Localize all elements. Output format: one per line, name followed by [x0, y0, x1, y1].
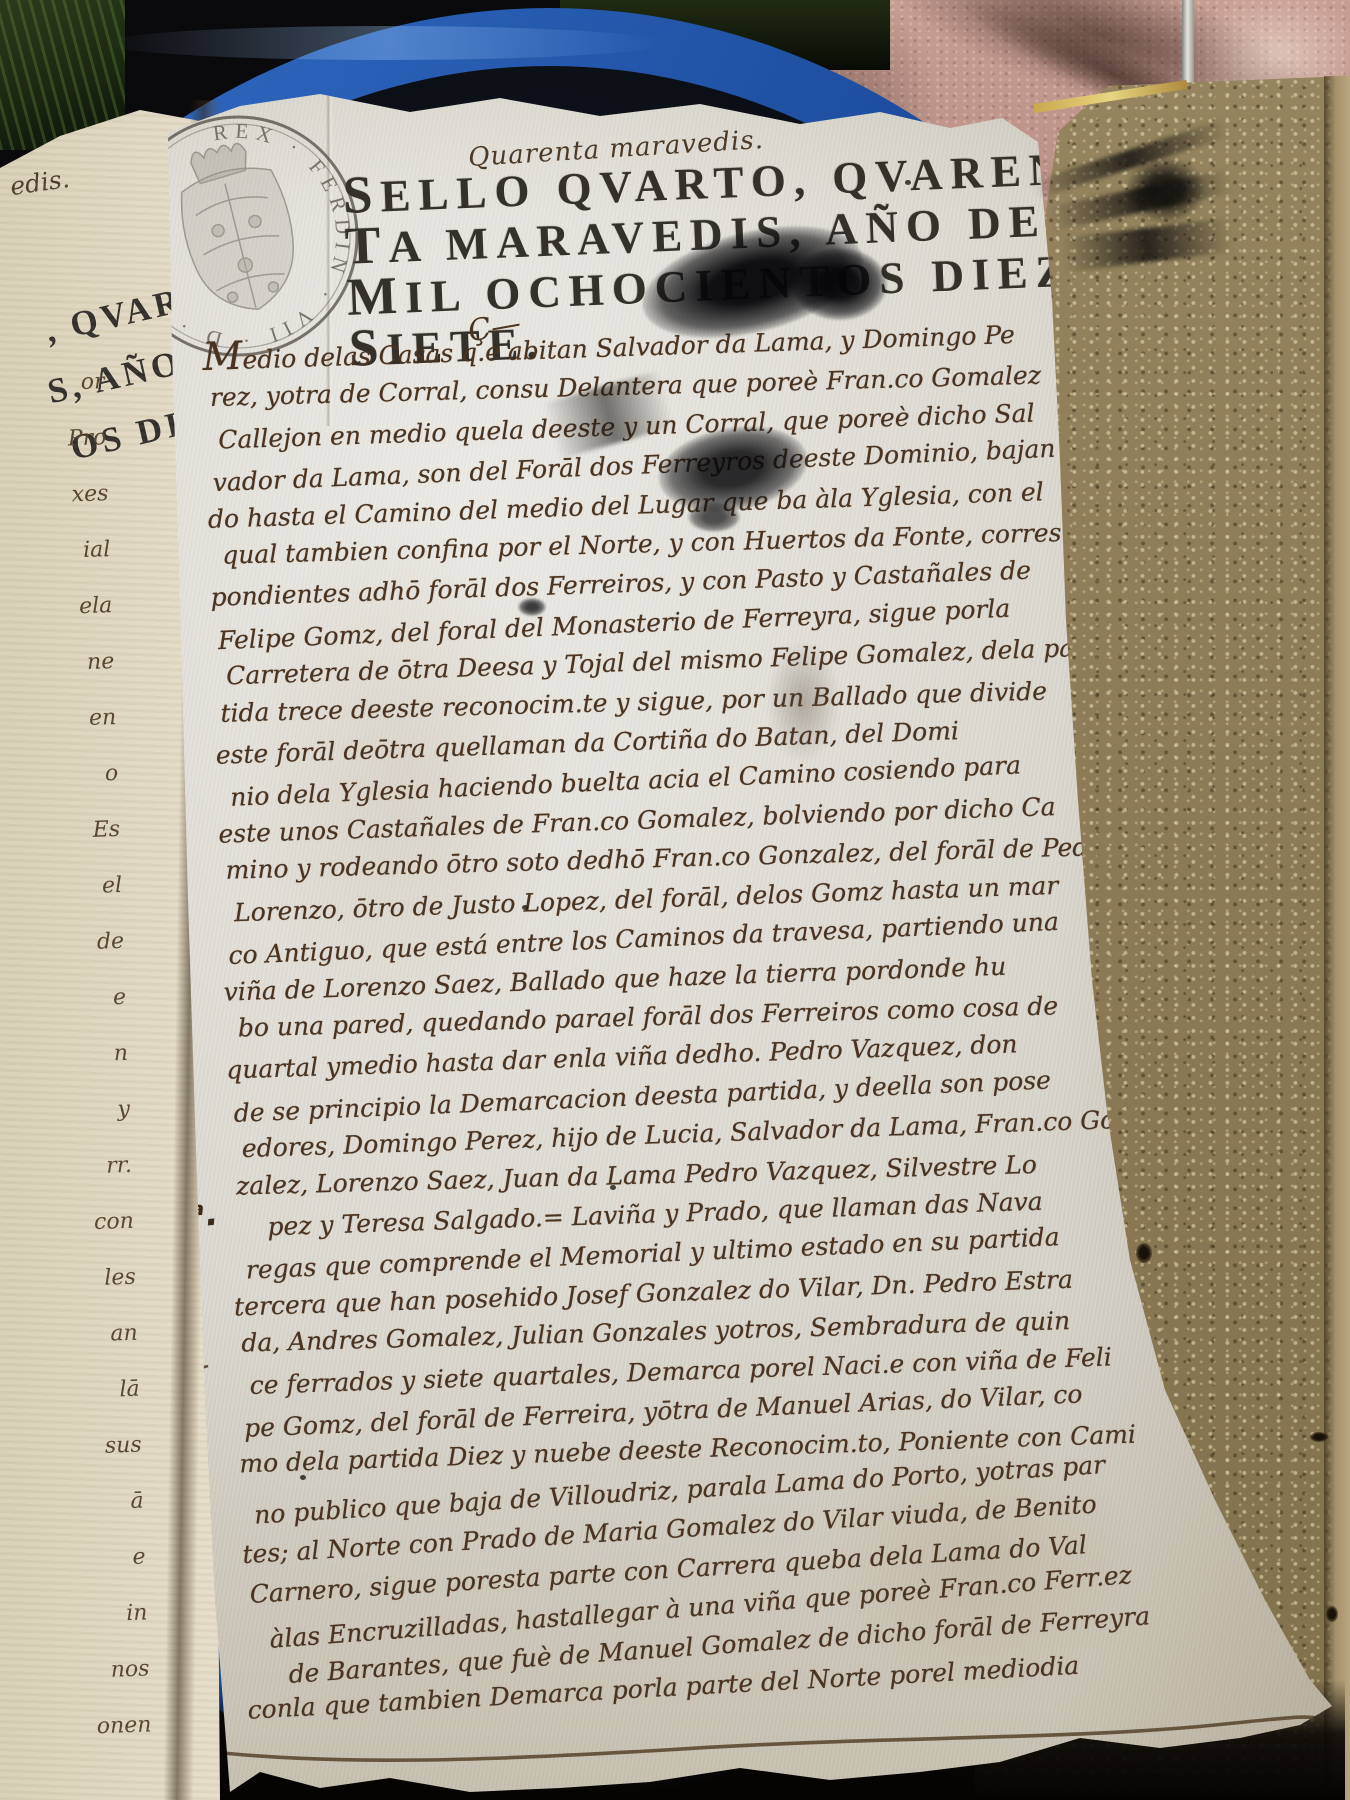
handwriting-fragment: in: [19, 1585, 149, 1645]
handwriting-fragment: lā: [11, 1362, 141, 1422]
handwriting-fragment: Pro: [0, 410, 107, 470]
ink-smudge: [766, 640, 840, 764]
handwriting-fragment: ial: [0, 522, 111, 582]
handwriting-fragment: nos: [21, 1641, 151, 1701]
left-page-stamp-fragment: edis.: [8, 164, 71, 201]
board-hole: [1136, 1243, 1152, 1263]
handwriting-fragment: en: [0, 690, 117, 750]
handwriting-fragment: ā: [15, 1474, 145, 1534]
handwriting-fragment: ne: [0, 634, 115, 694]
handwriting-fragment: sus: [13, 1418, 143, 1478]
ink-blot: [792, 248, 887, 320]
board-bevel-edge: [1324, 76, 1350, 1800]
handwriting-fragment: onen: [23, 1697, 153, 1757]
handwriting-fragment: xes: [0, 466, 109, 526]
handwriting-fragment: rr.: [3, 1138, 133, 1198]
manuscript-body-text: Medio delas Casas q.e abitan Salvador da…: [202, 308, 1153, 1720]
handwriting-fragment: e: [0, 970, 127, 1030]
handwriting-fragment: o: [0, 746, 119, 806]
coat-of-arms: [166, 134, 309, 322]
left-page-handwriting-fragments: orProxesialelaneenoEseldeenyrr.conlesanl…: [0, 354, 152, 1758]
handwriting-fragment: ela: [0, 578, 113, 638]
handwriting-fragment: or: [0, 354, 105, 414]
ink-blot: [518, 598, 546, 616]
handwriting-fragment: n: [0, 1026, 129, 1086]
board-hole: [1326, 1606, 1338, 1622]
ink-speck: [522, 905, 528, 910]
ink-blot: [688, 502, 740, 532]
barrel-highlight: [105, 26, 665, 60]
ink-speck: [610, 1185, 616, 1190]
handwriting-fragment: les: [7, 1250, 137, 1310]
handwriting-fragment: Es: [0, 802, 121, 862]
board-hole: [1310, 1432, 1328, 1442]
ink-speck: [905, 180, 911, 185]
handwriting-fragment: y: [1, 1082, 131, 1142]
handwriting-fragment: e: [17, 1529, 147, 1589]
ink-smear: [1126, 158, 1204, 222]
handwriting-fragment: an: [9, 1306, 139, 1366]
handwriting-fragment: con: [5, 1194, 135, 1254]
ink-speck: [300, 1475, 306, 1480]
handwriting-fragment: el: [0, 858, 123, 918]
handwriting-fragment: de: [0, 914, 125, 974]
